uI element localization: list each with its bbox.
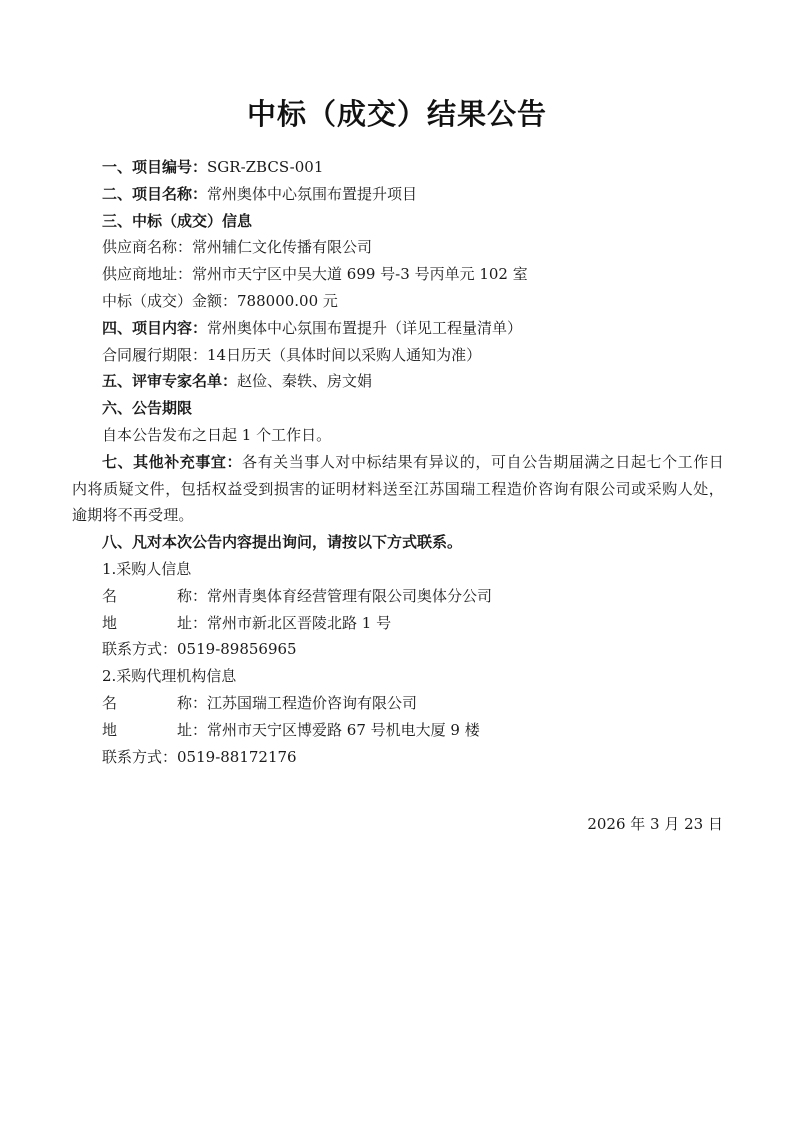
agency-heading: 2.采购代理机构信息: [72, 663, 724, 690]
agency-phone-label: 联系方式：: [102, 748, 177, 766]
agency-address-value: 常州市天宁区博爱路 67 号机电大厦 9 楼: [207, 721, 480, 739]
agency-address-label-b: 址：: [177, 721, 207, 739]
agency-name-label-b: 称：: [177, 694, 207, 712]
project-content-label: 四、项目内容：: [102, 319, 207, 337]
agency-name-line: 名称：江苏国瑞工程造价咨询有限公司: [72, 690, 724, 717]
agency-phone-value: 0519-88172176: [177, 748, 297, 766]
supplier-name-line: 供应商名称：常州辅仁文化传播有限公司: [72, 234, 724, 261]
supplier-name-value: 常州辅仁文化传播有限公司: [192, 238, 372, 256]
purchaser-address-label-b: 址：: [177, 614, 207, 632]
supplier-address-line: 供应商地址：常州市天宁区中吴大道 699 号-3 号丙单元 102 室: [72, 261, 724, 288]
award-amount-value: 788000.00 元: [237, 292, 338, 310]
purchaser-address-label-a: 地: [102, 610, 177, 637]
contract-period-line: 合同履行期限：14日历天（具体时间以采购人通知为准）: [72, 342, 724, 369]
contact-heading: 八、凡对本次公告内容提出询问，请按以下方式联系。: [72, 529, 724, 556]
supplier-address-value: 常州市天宁区中吴大道 699 号-3 号丙单元 102 室: [192, 265, 528, 283]
purchaser-name-label-a: 名: [102, 583, 177, 610]
project-name-label: 二、项目名称：: [102, 185, 207, 203]
contract-period-label: 合同履行期限：: [102, 346, 207, 364]
agency-name-label-a: 名: [102, 690, 177, 717]
supplier-address-label: 供应商地址：: [102, 265, 192, 283]
project-content-value: 常州奥体中心氛围布置提升（详见工程量清单）: [207, 319, 522, 337]
announcement-period-heading: 六、公告期限: [72, 395, 724, 422]
purchaser-heading: 1.采购人信息: [72, 556, 724, 583]
announcement-period-text: 自本公告发布之日起 1 个工作日。: [72, 422, 724, 449]
purchaser-name-value: 常州青奥体育经营管理有限公司奥体分公司: [207, 587, 492, 605]
agency-name-value: 江苏国瑞工程造价咨询有限公司: [207, 694, 417, 712]
document-title: 中标（成交）结果公告: [0, 92, 794, 133]
purchaser-name-label-b: 称：: [177, 587, 207, 605]
purchaser-address-line: 地址：常州市新北区晋陵北路 1 号: [72, 610, 724, 637]
award-amount-label: 中标（成交）金额：: [102, 292, 237, 310]
other-matters-paragraph: 七、其他补充事宜：各有关当事人对中标结果有异议的，可自公告期届满之日起七个工作日…: [72, 449, 724, 529]
document-date: 2026 年 3 月 23 日: [587, 813, 723, 834]
experts-label: 五、评审专家名单：: [102, 372, 237, 390]
purchaser-phone-value: 0519-89856965: [177, 640, 297, 658]
purchaser-phone-line: 联系方式：0519-89856965: [72, 636, 724, 663]
project-name-value: 常州奥体中心氛围布置提升项目: [207, 185, 417, 203]
project-number-line: 一、项目编号：SGR-ZBCS-001: [72, 154, 724, 181]
agency-address-line: 地址：常州市天宁区博爱路 67 号机电大厦 9 楼: [72, 717, 724, 744]
document-page: 中标（成交）结果公告 一、项目编号：SGR-ZBCS-001 二、项目名称：常州…: [0, 0, 794, 1123]
agency-phone-line: 联系方式：0519-88172176: [72, 744, 724, 771]
project-name-line: 二、项目名称：常州奥体中心氛围布置提升项目: [72, 181, 724, 208]
other-matters-label: 七、其他补充事宜：: [102, 453, 242, 471]
award-info-heading: 三、中标（成交）信息: [72, 208, 724, 235]
agency-address-label-a: 地: [102, 717, 177, 744]
supplier-name-label: 供应商名称：: [102, 238, 192, 256]
purchaser-name-line: 名称：常州青奥体育经营管理有限公司奥体分公司: [72, 583, 724, 610]
document-body: 一、项目编号：SGR-ZBCS-001 二、项目名称：常州奥体中心氛围布置提升项…: [72, 154, 724, 770]
purchaser-address-value: 常州市新北区晋陵北路 1 号: [207, 614, 391, 632]
award-amount-line: 中标（成交）金额：788000.00 元: [72, 288, 724, 315]
project-number-label: 一、项目编号：: [102, 158, 207, 176]
project-content-line: 四、项目内容：常州奥体中心氛围布置提升（详见工程量清单）: [72, 315, 724, 342]
experts-line: 五、评审专家名单：赵俭、秦轶、房文娟: [72, 368, 724, 395]
experts-value: 赵俭、秦轶、房文娟: [237, 372, 372, 390]
contract-period-value: 14日历天（具体时间以采购人通知为准）: [207, 346, 481, 364]
project-number-value: SGR-ZBCS-001: [207, 158, 323, 176]
purchaser-phone-label: 联系方式：: [102, 640, 177, 658]
